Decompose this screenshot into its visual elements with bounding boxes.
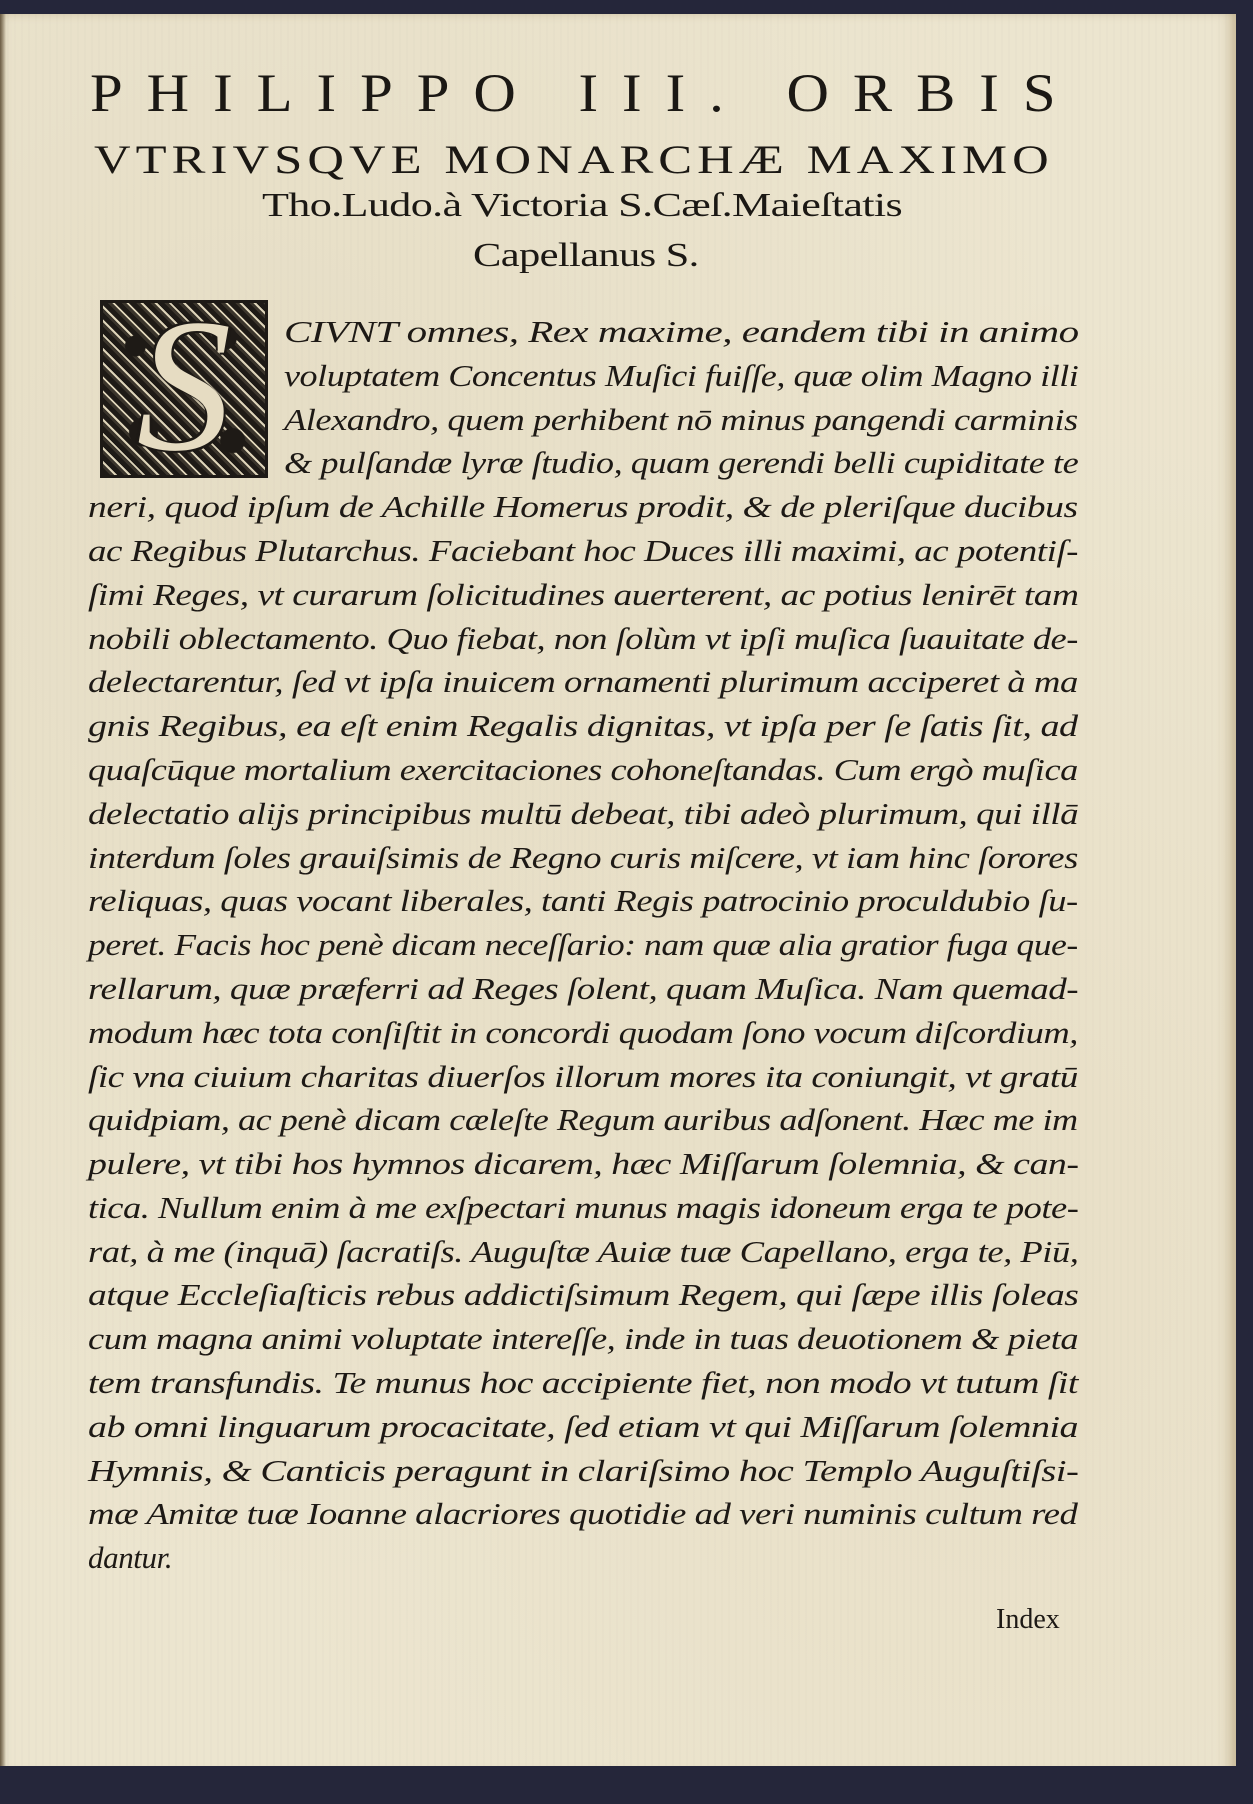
body-line: nobili oblectamento. Quo fiebat, non ſol… (88, 619, 1078, 659)
body-line: modum hæc tota conſiſtit in concordi quo… (88, 1013, 1078, 1053)
body-line: voluptatem Concentus Muſici fuiſſe, quæ … (284, 356, 1078, 396)
author-title-line: Capellanus S. (473, 237, 699, 275)
body-line: pulere, vt tibi hos hymnos dicarem, hæc … (88, 1144, 1079, 1184)
dedication-heading-line-2: VTRIVSQVE MONARCHÆ MAXIMO (94, 136, 1054, 183)
body-line: ſic vna ciuium charitas diuerſos illorum… (88, 1057, 1078, 1097)
body-line: ac Regibus Plutarchus. Faciebant hoc Duc… (88, 531, 1078, 571)
body-line: quidpiam, ac penè dicam cæleſte Regum au… (88, 1100, 1078, 1140)
body-line: peret. Facis hoc penè dicam neceſſario: … (88, 925, 1078, 965)
body-line: tem transfundis. Te munus hoc accipiente… (88, 1363, 1078, 1403)
body-line: delectatio alijs principibus multū debea… (88, 794, 1078, 834)
body-line: reliquas, quas vocant liberales, tanti R… (88, 881, 1078, 921)
body-line: Alexandro, quem perhibent nō minus pange… (284, 400, 1078, 440)
body-line: interdum ſoles grauiſsimis de Regno curi… (88, 838, 1078, 878)
body-line: neri, quod ipſum de Achille Homerus prod… (88, 487, 1078, 527)
drop-cap-letter: S (103, 300, 265, 478)
body-line: rat, à me (inquā) ſacratiſs. Auguſtæ Aui… (88, 1232, 1078, 1272)
body-line: dantur. (88, 1538, 172, 1578)
body-line: CIVNT omnes, Rex maxime, eandem tibi in … (284, 312, 1079, 352)
body-line: & pulſandæ lyræ ſtudio, quam gerendi bel… (284, 443, 1078, 483)
ornamental-initial-icon: S (100, 300, 268, 478)
body-line: mæ Amitæ tuæ Ioanne alacriores quotidie … (88, 1494, 1077, 1534)
page-binding-edge (0, 14, 6, 1772)
background-surface (0, 1766, 1253, 1804)
body-line: quaſcūque mortalium exercitaciones cohon… (88, 750, 1078, 790)
body-line: cum magna animi voluptate intereſſe, ind… (88, 1319, 1078, 1359)
body-line: gnis Regibus, ea eſt enim Regalis dignit… (88, 706, 1078, 746)
body-line: Hymnis, & Canticis peragunt in clariſsim… (88, 1451, 1078, 1491)
author-line: Tho.Ludo.à Victoria S.Cæſ.Maieſtatis (262, 187, 902, 225)
body-line: ab omni linguarum procacitate, ſed etiam… (88, 1407, 1078, 1447)
body-line: delectarentur, ſed vt ipſa inuicem ornam… (88, 662, 1078, 702)
catchword: Index (996, 1604, 1060, 1636)
body-line: atque Eccleſiaſticis rebus addictiſsimum… (88, 1275, 1078, 1315)
body-line: ſimi Reges, vt curarum ſolicitudines aue… (88, 575, 1078, 615)
body-line: tica. Nullum enim à me exſpectari munus … (88, 1188, 1078, 1228)
dedication-heading-line-1: PHILIPPO III. ORBIS (90, 62, 1080, 124)
body-line: rellarum, quæ præferri ad Reges ſolent, … (88, 969, 1078, 1009)
